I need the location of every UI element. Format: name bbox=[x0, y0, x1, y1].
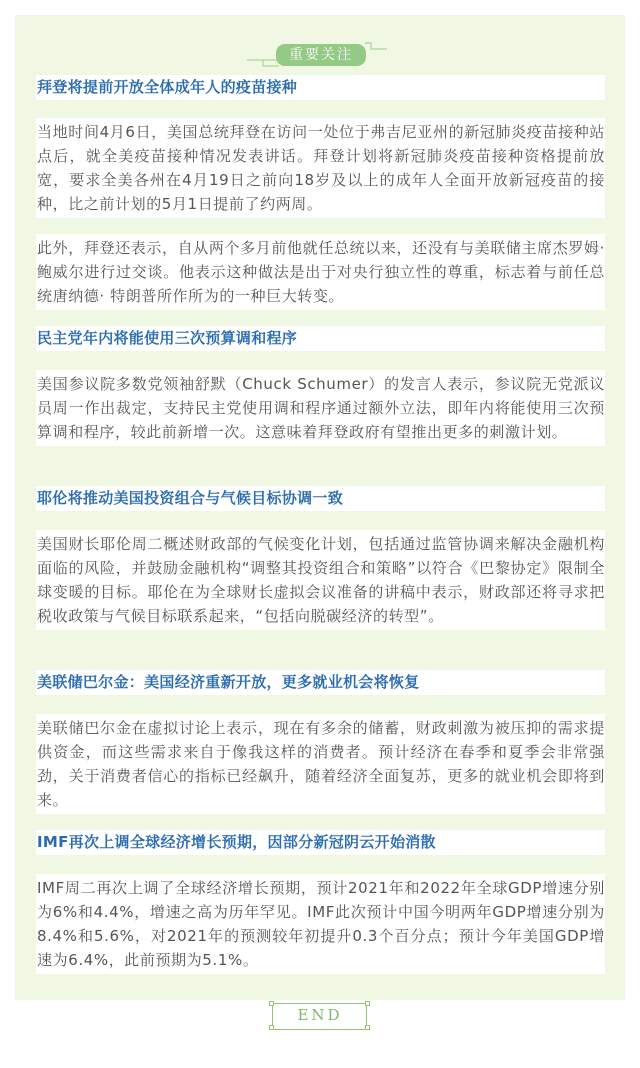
article-paragraph: 美联储巴尔金在虚拟讨论上表示，现在有多余的储蓄，财政刺激为被压抑的需求提供资金，… bbox=[36, 714, 605, 814]
article-title: 美联储巴尔金：美国经济重新开放，更多就业机会将恢复 bbox=[36, 670, 605, 695]
section-badge: 重要关注 bbox=[276, 44, 366, 66]
article-title: IMF再次上调全球经济增长预期，因部分新冠阴云开始消散 bbox=[36, 830, 605, 855]
article-paragraph: 美国参议院多数党领袖舒默（Chuck Schumer）的发言人表示，参议院无党派… bbox=[36, 370, 605, 446]
article-paragraph: 此外，拜登还表示，自从两个多月前他就任总统以来，还没有与美联储主席杰罗姆·鲍威尔… bbox=[36, 234, 605, 310]
article-paragraph: 美国财长耶伦周二概述财政部的气候变化计划，包括通过监管协调来解决金融机构面临的风… bbox=[36, 530, 605, 630]
article-title: 耶伦将推动美国投资组合与气候目标协调一致 bbox=[36, 486, 605, 511]
content-panel: 重要关注 拜登将提前开放全体成年人的疫苗接种 当地时间4月6日，美国总统拜登在访… bbox=[15, 15, 625, 1000]
article-paragraph: IMF周二再次上调了全球经济增长预期，预计2021年和2022年全球GDP增速分… bbox=[36, 874, 605, 974]
right-swirl-decoration-icon bbox=[365, 42, 389, 56]
article-title: 民主党年内将能使用三次预算调和程序 bbox=[36, 326, 605, 351]
section-header: 重要关注 bbox=[15, 29, 625, 69]
article-title: 拜登将提前开放全体成年人的疫苗接种 bbox=[36, 75, 605, 100]
end-label: END bbox=[268, 1001, 372, 1029]
article-paragraph: 当地时间4月6日，美国总统拜登在访问一处位于弗吉尼亚州的新冠肺炎疫苗接种站点后，… bbox=[36, 118, 605, 218]
end-marker: END bbox=[268, 1001, 372, 1029]
